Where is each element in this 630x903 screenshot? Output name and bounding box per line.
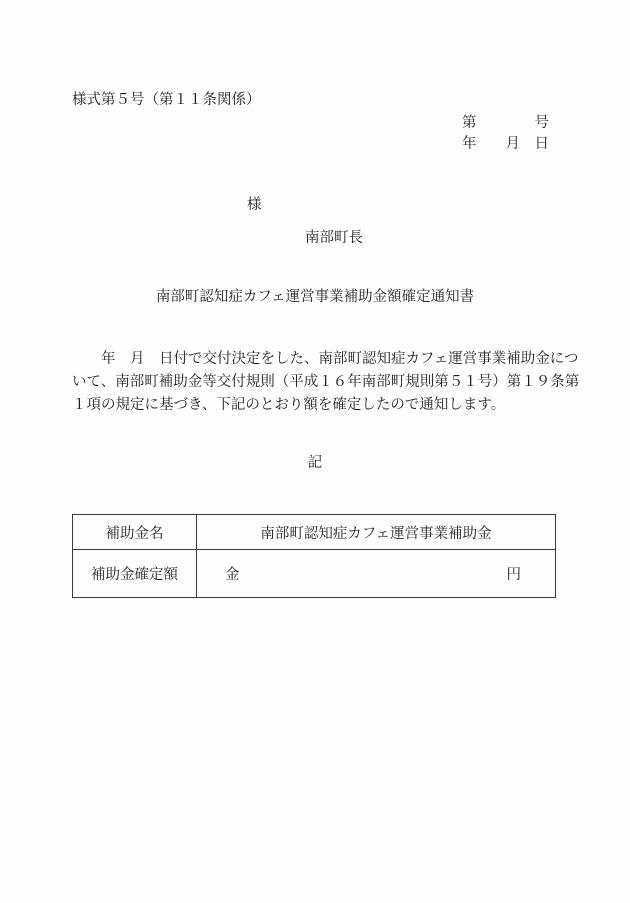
sender-name: 南部町長: [305, 231, 363, 247]
grant-amount-label: 補助金確定額: [73, 550, 197, 598]
grant-name-value: 南部町認知症カフェ運営事業補助金: [197, 515, 556, 550]
body-line-3: １項の規定に基づき、下記のとおり額を確定したので通知します。: [72, 394, 564, 417]
date-line: 年 月 日: [462, 137, 549, 153]
grant-summary-table: 補助金名 南部町認知症カフェ運営事業補助金 補助金確定額 金 円: [72, 514, 556, 598]
body-line-2: いて、南部町補助金等交付規則（平成１６年南部町規則第５１号）第１９条第: [72, 371, 564, 394]
grant-amount-row: 補助金確定額 金 円: [73, 550, 556, 598]
document-number-line: 第 号: [462, 116, 549, 132]
form-number-label: 様式第５号（第１１条関係）: [72, 93, 261, 109]
record-marker: 記: [0, 456, 630, 472]
grant-amount-cell: 金 円: [197, 550, 556, 598]
grant-amount-value: 金 円: [197, 563, 555, 584]
amount-prefix: 金: [225, 563, 240, 584]
addressee-honorific: 様: [247, 198, 262, 214]
amount-suffix: 円: [507, 563, 522, 584]
grant-name-label: 補助金名: [73, 515, 197, 550]
body-paragraph: 年 月 日付で交付決定をした、南部町認知症カフェ運営事業補助金につ いて、南部町…: [72, 348, 564, 417]
document-page: 様式第５号（第１１条関係） 第 号 年 月 日 様 南部町長 南部町認知症カフェ…: [0, 0, 630, 903]
document-title: 南部町認知症カフェ運営事業補助金額確定通知書: [0, 290, 630, 306]
body-line-1: 年 月 日付で交付決定をした、南部町認知症カフェ運営事業補助金につ: [72, 348, 564, 371]
grant-name-row: 補助金名 南部町認知症カフェ運営事業補助金: [73, 515, 556, 550]
